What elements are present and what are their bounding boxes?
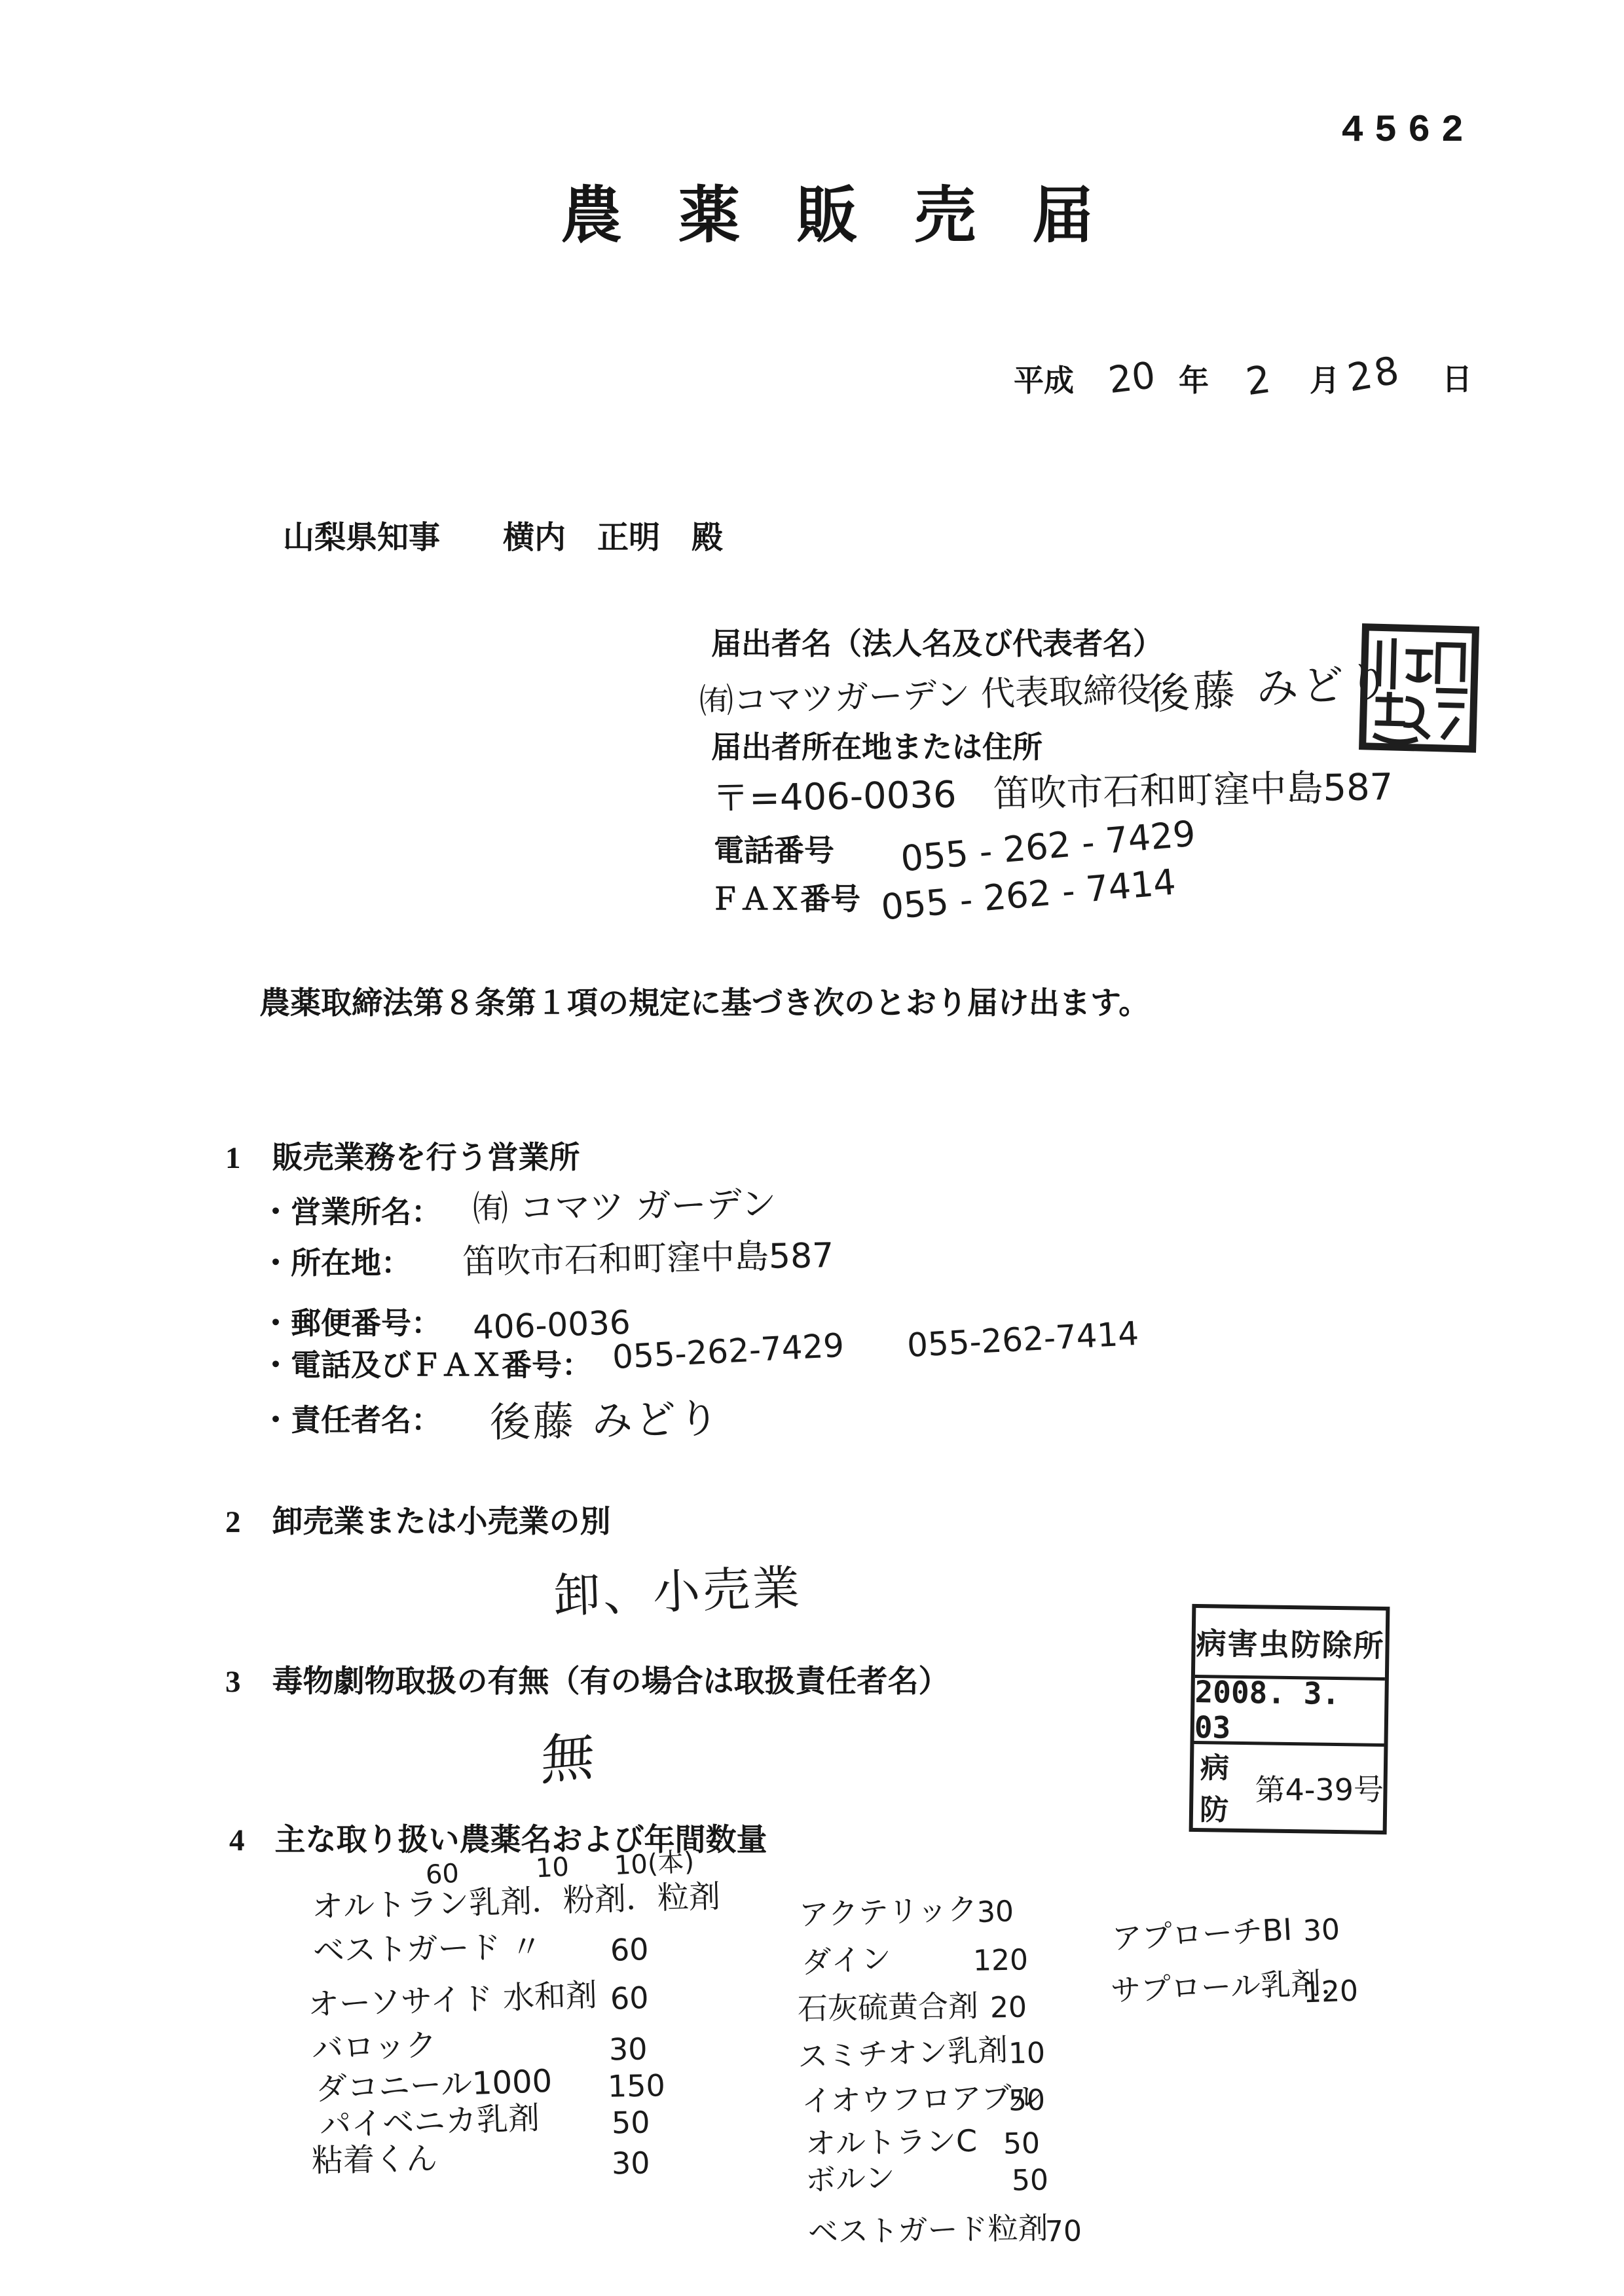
date-month-value: 2 xyxy=(1244,357,1274,404)
date-year-unit: 年 xyxy=(1179,364,1209,399)
scanned-form-page: 4562 農薬販売届 平成 20 年 2 月 28 日 山梨県知事 横内 正明 … xyxy=(0,0,1624,2296)
approval-stamp-date: 2008. 3. 03 xyxy=(1194,1674,1384,1747)
declarant-representative-value: 後藤 みどり xyxy=(1146,659,1395,720)
pesticide-qty: 50 xyxy=(1012,2164,1049,2198)
tel-label: 電話番号 xyxy=(714,834,834,869)
section3-value: 無 xyxy=(540,1725,596,1793)
pesticide-qty: 50 xyxy=(1008,2085,1046,2119)
pesticide-name: ベストガード 〃 xyxy=(313,1929,543,1969)
approval-stamp-ref-label: 病防 xyxy=(1200,1744,1238,1829)
pesticide-qty: 60 xyxy=(610,1932,649,1968)
pesticide-qty: 120 xyxy=(1302,1975,1359,2010)
company-seal-stamp xyxy=(1357,621,1482,757)
office-name-label: ・営業所名： xyxy=(261,1195,441,1230)
pesticide-qty: 120 xyxy=(973,1944,1029,1978)
pesticide-name: アプローチBI xyxy=(1111,1912,1293,1956)
office-tel-value: 055-262-7429 xyxy=(612,1327,845,1377)
form-title: 農薬販売届 xyxy=(561,181,1150,251)
pesticide-annotation: 10 xyxy=(535,1852,570,1884)
declarant-address-label: 届出者所在地または住所 xyxy=(711,731,1043,765)
office-manager-label: ・責任者名： xyxy=(261,1404,441,1438)
pesticide-qty: 10 xyxy=(1008,2037,1046,2071)
pesticide-name: ダイン xyxy=(801,1941,893,1980)
pesticide-qty: 30 xyxy=(976,1895,1014,1930)
pesticide-name: アクテリック xyxy=(798,1891,978,1932)
office-name-value: ㈲ コマツ ガーデン xyxy=(472,1184,777,1230)
pesticide-name: バロック xyxy=(311,2028,437,2068)
approval-stamp-box: 病害虫防除所 2008. 3. 03 病防 第4-39号 xyxy=(1189,1604,1390,1834)
date-year-value: 20 xyxy=(1106,355,1158,403)
pesticide-name: オルトランC xyxy=(805,2124,978,2161)
pesticide-name: オーソサイド 水和剤 xyxy=(307,1977,598,2024)
pesticide-qty: 20 xyxy=(990,1992,1027,2026)
date-day-value: 28 xyxy=(1344,348,1405,400)
pesticide-qty: 60 xyxy=(610,1980,649,2016)
section3-heading: 3 毒物劇物取扱の有無（有の場合は取扱責任者名） xyxy=(225,1664,950,1700)
pesticide-qty: 50 xyxy=(612,2105,650,2140)
pesticide-annotation: 10(本) xyxy=(614,1847,695,1881)
section3-title: 毒物劇物取扱の有無（有の場合は取扱責任者名） xyxy=(272,1664,950,1700)
office-address-label: ・所在地： xyxy=(261,1247,411,1281)
section3-number: 3 xyxy=(225,1664,241,1700)
doc-number: 4562 xyxy=(1341,110,1474,154)
office-address-value: 笛吹市石和町窪中島587 xyxy=(462,1237,834,1283)
office-telfax-label: ・電話及びＦＡＸ番号： xyxy=(261,1349,592,1383)
section2-title: 卸売業または小売業の別 xyxy=(272,1504,611,1540)
fax-label: ＦＡＸ番号 xyxy=(710,883,860,917)
pesticide-name: ボルン xyxy=(805,2160,896,2198)
pesticide-name: 粘着くん xyxy=(312,2141,438,2179)
pesticide-qty: 30 xyxy=(612,2145,650,2181)
office-manager-value: 後藤 みどり xyxy=(489,1395,722,1446)
pesticide-qty: 30 xyxy=(1302,1914,1341,1948)
date-month-unit: 月 xyxy=(1310,364,1340,399)
pesticide-qty: 150 xyxy=(608,2068,666,2104)
pesticide-name: オルトラン乳剤．粉剤．粒剤 xyxy=(311,1879,720,1926)
approval-stamp-title: 病害虫防除所 xyxy=(1196,1620,1385,1666)
pesticide-qty: 50 xyxy=(1003,2128,1041,2162)
office-fax-value: 055-262-7414 xyxy=(906,1315,1140,1365)
pesticide-name: ベストガード粒剤 xyxy=(808,2211,1048,2250)
addressee-line: 山梨県知事 横内 正明 殿 xyxy=(283,520,723,556)
pesticide-name: スミチオン乳剤 xyxy=(797,2032,1008,2074)
pesticide-name: イオウフロアブル xyxy=(802,2080,1041,2119)
date-era-label: 平成 xyxy=(1014,364,1074,399)
declarant-postal-address-value: 〒=406-0036 笛吹市石和町窪中島587 xyxy=(712,767,1393,821)
section1-number: 1 xyxy=(225,1140,241,1176)
declarant-name-label: 届出者名（法人名及び代表者名） xyxy=(711,627,1163,662)
declarant-company-value: ㈲コマツガーデン 代表取締役 xyxy=(699,671,1151,722)
office-postal-label: ・郵便番号： xyxy=(261,1307,441,1341)
approval-stamp-ref-number: 第4-39号 xyxy=(1255,1766,1384,1810)
pesticide-qty: 30 xyxy=(609,2032,648,2067)
section1-title: 販売業務を行う営業所 xyxy=(272,1140,580,1176)
pesticide-qty: 70 xyxy=(1045,2215,1082,2250)
section2-number: 2 xyxy=(225,1504,241,1540)
section4-number: 4 xyxy=(229,1823,245,1858)
statement-line: 農薬取締法第８条第１項の規定に基づき次のとおり届け出ます。 xyxy=(259,986,1149,1021)
section2-heading: 2 卸売業または小売業の別 xyxy=(225,1504,611,1540)
pesticide-name: パイベニカ乳剤 xyxy=(319,2100,540,2144)
section1-heading: 1 販売業務を行う営業所 xyxy=(225,1140,580,1176)
date-day-unit: 日 xyxy=(1442,363,1472,397)
section2-value: 卸、小売業 xyxy=(553,1560,803,1623)
office-postal-value: 406-0036 xyxy=(472,1304,631,1347)
pesticide-name: 石灰硫黄合剤 xyxy=(798,1989,979,2027)
